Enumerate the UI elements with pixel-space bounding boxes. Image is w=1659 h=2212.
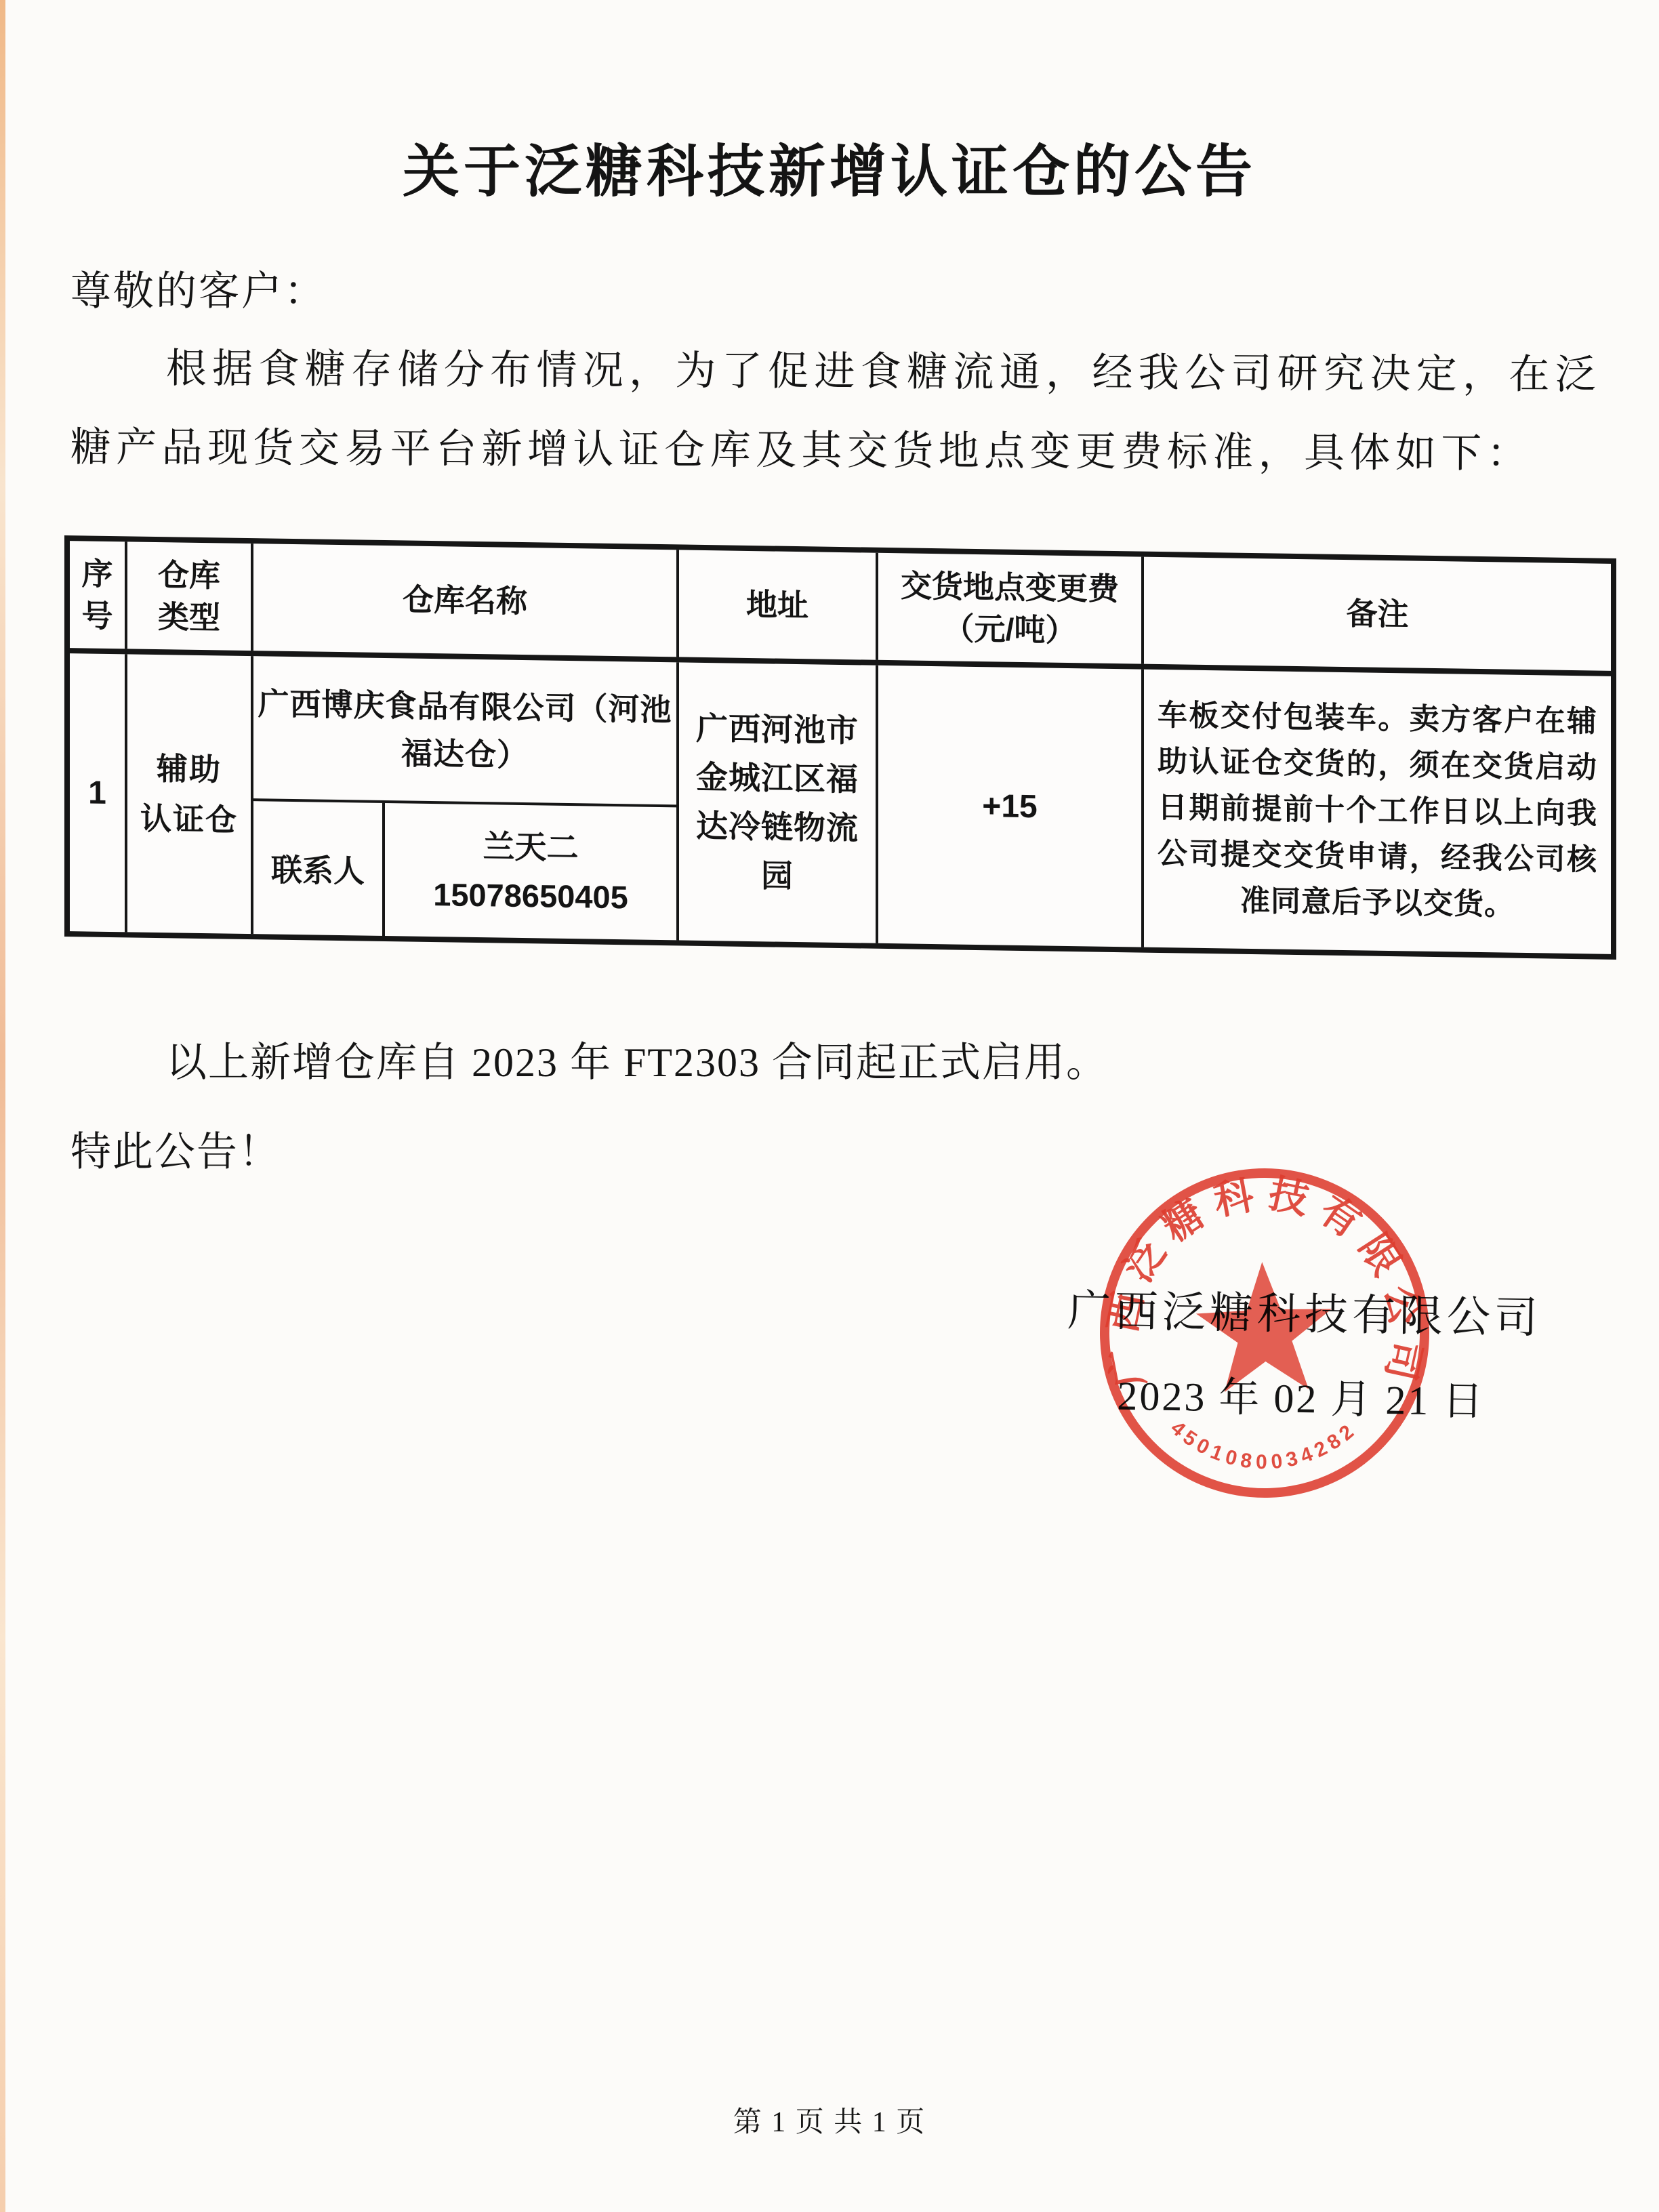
table-data-row: 1 辅助 认证仓 广西博庆食品有限公司（河池 福达仓） 联系人 兰天二 1507… <box>70 653 1611 954</box>
stamp-star-icon <box>1194 1260 1334 1393</box>
company-seal-stamp: 广西泛糖科技有限公司 4501080034282 <box>1082 1151 1447 1515</box>
cell-warehouse-name-group: 广西博庆食品有限公司（河池 福达仓） 联系人 兰天二 15078650405 <box>253 656 679 940</box>
header-seq-number: 序 号 <box>70 541 127 649</box>
page-number-footer: 第 1 页 共 1 页 <box>0 2100 1659 2140</box>
cell-warehouse-type: 辅助 认证仓 <box>127 654 253 934</box>
contact-subrow: 联系人 兰天二 15078650405 <box>253 801 676 940</box>
page-title: 关于泛糖科技新增认证仓的公告 <box>0 126 1659 208</box>
header-warehouse-type: 仓库 类型 <box>127 541 253 651</box>
body-paragraph-line-2: 糖产品现货交易平台新增认证仓库及其交货地点变更费标准，具体如下： <box>70 415 1529 479</box>
closing-statement: 以上新增仓库自 2023 年 FT2303 合同起正式启用。 <box>166 1030 1108 1088</box>
cell-delivery-change-fee: +15 <box>878 665 1144 947</box>
contact-name-and-phone: 兰天二 15078650405 <box>385 803 676 940</box>
header-address: 地址 <box>679 550 878 659</box>
warehouse-table: 序 号 仓库 类型 仓库名称 地址 交货地点变更费 （元/吨） 备注 1 辅助 … <box>64 535 1616 960</box>
stamp-serial-number: 4501080034282 <box>1166 1410 1363 1477</box>
salutation: 尊敬的客户： <box>70 259 327 317</box>
table-header-row: 序 号 仓库 类型 仓库名称 地址 交货地点变更费 （元/吨） 备注 <box>70 541 1611 676</box>
cell-seq-number: 1 <box>70 653 127 932</box>
header-delivery-change-fee: 交货地点变更费 （元/吨） <box>878 553 1144 664</box>
stamp-serial-holder: 4501080034282 <box>1166 1410 1363 1477</box>
header-remarks: 备注 <box>1144 557 1611 671</box>
contact-label: 联系人 <box>253 801 385 936</box>
closing-note: 特此公告！ <box>70 1120 281 1178</box>
cell-remarks: 车板交付包装车。卖方客户在辅助认证仓交货的，须在交货启动日期前提前十个工作日以上… <box>1144 670 1611 954</box>
scan-edge-artifact <box>0 0 5 2212</box>
cell-address: 广西河池市 金城江区福 达冷链物流 园 <box>679 662 878 943</box>
body-paragraph-line-1: 根据食糖存储分布情况，为了促进食糖流通，经我公司研究决定，在泛 <box>166 336 1597 401</box>
warehouse-name: 广西博庆食品有限公司（河池 福达仓） <box>253 656 676 807</box>
header-warehouse-name: 仓库名称 <box>253 544 679 657</box>
announcement-document-page: 关于泛糖科技新增认证仓的公告 尊敬的客户： 根据食糖存储分布情况，为了促进食糖流… <box>0 0 1659 2212</box>
